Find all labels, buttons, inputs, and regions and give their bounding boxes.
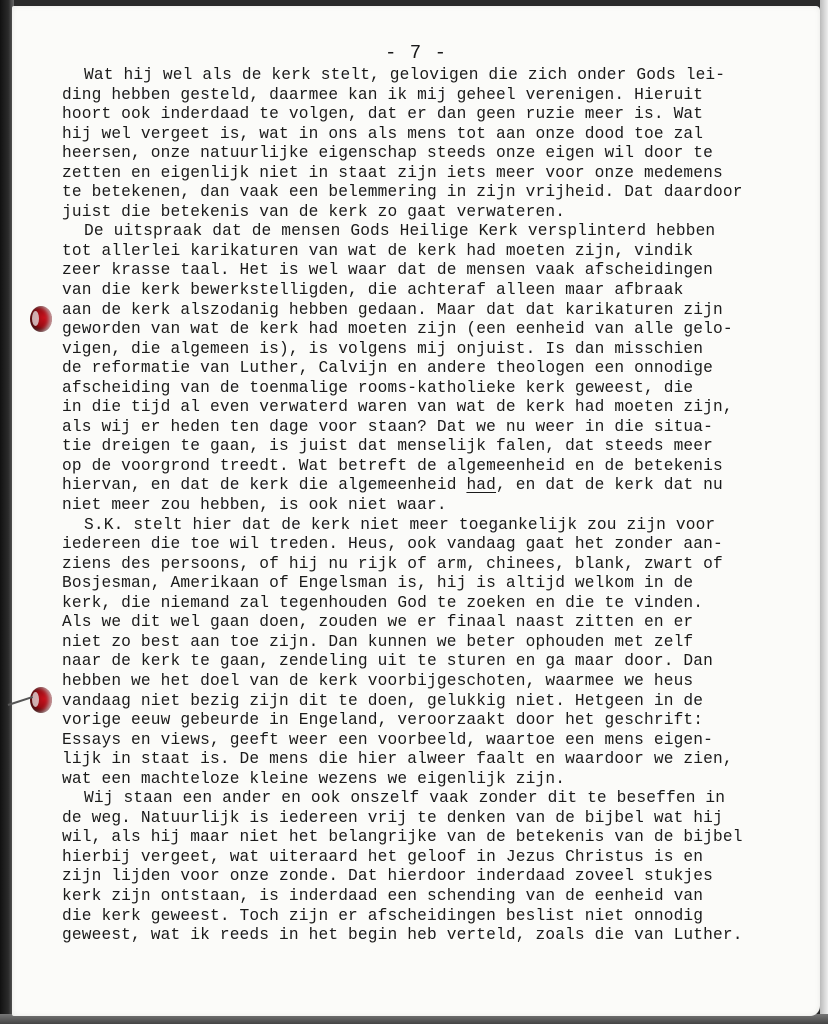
text-line: Wat hij wel als de kerk stelt, gelovigen… [62,66,822,86]
text-line: afscheiding van de toenmalige rooms-kath… [62,379,822,399]
text-line: vorige eeuw gebeurde in Engeland, veroor… [62,711,822,731]
text-line: vandaag niet bezig zijn dit te doen, gel… [62,692,822,712]
text-line: als wij er heden ten dage voor staan? Da… [62,418,822,438]
text-line: heersen, onze natuurlijke eigenschap ste… [62,144,822,164]
text-line: in die tijd al even verwaterd waren van … [62,398,822,418]
text-line: hoort ook inderdaad te volgen, dat er da… [62,105,822,125]
text-line: hij wel vergeet is, wat in ons als mens … [62,125,822,145]
text-line: aan de kerk alszodanig hebben gedaan. Ma… [62,301,822,321]
text-line: niet meer zou hebben, is ook niet waar. [62,496,822,516]
text-line: tot allerlei karikaturen van wat de kerk… [62,242,822,262]
text-line: van die kerk bewerkstelligden, die achte… [62,281,822,301]
text-line: zijn lijden voor onze zonde. Dat hierdoo… [62,867,822,887]
text-line: geweest, wat ik reeds in het begin heb v… [62,926,822,946]
punch-hole-icon [30,687,52,713]
text-line: iedereen die toe wil treden. Heus, ook v… [62,535,822,555]
text-line: De uitspraak dat de mensen Gods Heilige … [62,222,822,242]
typewritten-page: - 7 - Wat hij wel als de kerk stelt, gel… [12,6,820,1016]
text-line: tie dreigen te gaan, is juist dat mensel… [62,437,822,457]
text-line: zetten en eigenlijk niet in staat zijn i… [62,164,822,184]
text-line: hierbij vergeet, wat uiteraard het geloo… [62,848,822,868]
text-line: Bosjesman, Amerikaan of Engelsman is, hi… [62,574,822,594]
text-line: de weg. Natuurlijk is iedereen vrij te d… [62,809,822,829]
text-line: op de voorgrond treedt. Wat betreft de a… [62,457,822,477]
page-number: - 7 - [12,42,820,64]
text-line: Essays en views, geeft weer een voorbeel… [62,731,822,751]
text-line: geworden van wat de kerk had moeten zijn… [62,320,822,340]
text-line: de reformatie van Luther, Calvijn en and… [62,359,822,379]
text-line: juist die betekenis van de kerk zo gaat … [62,203,822,223]
text-line: te betekenen, dan vaak een belemmering i… [62,183,822,203]
punch-hole-icon [30,306,52,332]
text-line: die kerk geweest. Toch zijn er afscheidi… [62,907,822,927]
text-line: zeer krasse taal. Het is wel waar dat de… [62,261,822,281]
text-line: hiervan, en dat de kerk die algemeenheid… [62,476,822,496]
text-line: S.K. stelt hier dat de kerk niet meer to… [62,516,822,536]
text-line: naar de kerk te gaan, zendeling uit te s… [62,652,822,672]
body-text: Wat hij wel als de kerk stelt, gelovigen… [62,66,822,946]
text-line: kerk, die niemand zal tegenhouden God te… [62,594,822,614]
text-line: vigen, die algemeen is), is volgens mij … [62,340,822,360]
text-line: lijk in staat is. De mens die hier alwee… [62,750,822,770]
text-line: ziens des persoons, of hij nu rijk of ar… [62,555,822,575]
text-line: ding hebben gesteld, daarmee kan ik mij … [62,86,822,106]
underlined-word: had [466,476,496,494]
text-line: hebben we het doel van de kerk voorbijge… [62,672,822,692]
text-line: wat een machteloze kleine wezens we eige… [62,770,822,790]
text-line: kerk zijn ontstaan, is inderdaad een sch… [62,887,822,907]
text-line: Wij staan een ander en ook onszelf vaak … [62,789,822,809]
text-line: niet zo best aan toe zijn. Dan kunnen we… [62,633,822,653]
text-line: wil, als hij maar niet het belangrijke v… [62,828,822,848]
text-line: Als we dit wel gaan doen, zouden we er f… [62,613,822,633]
